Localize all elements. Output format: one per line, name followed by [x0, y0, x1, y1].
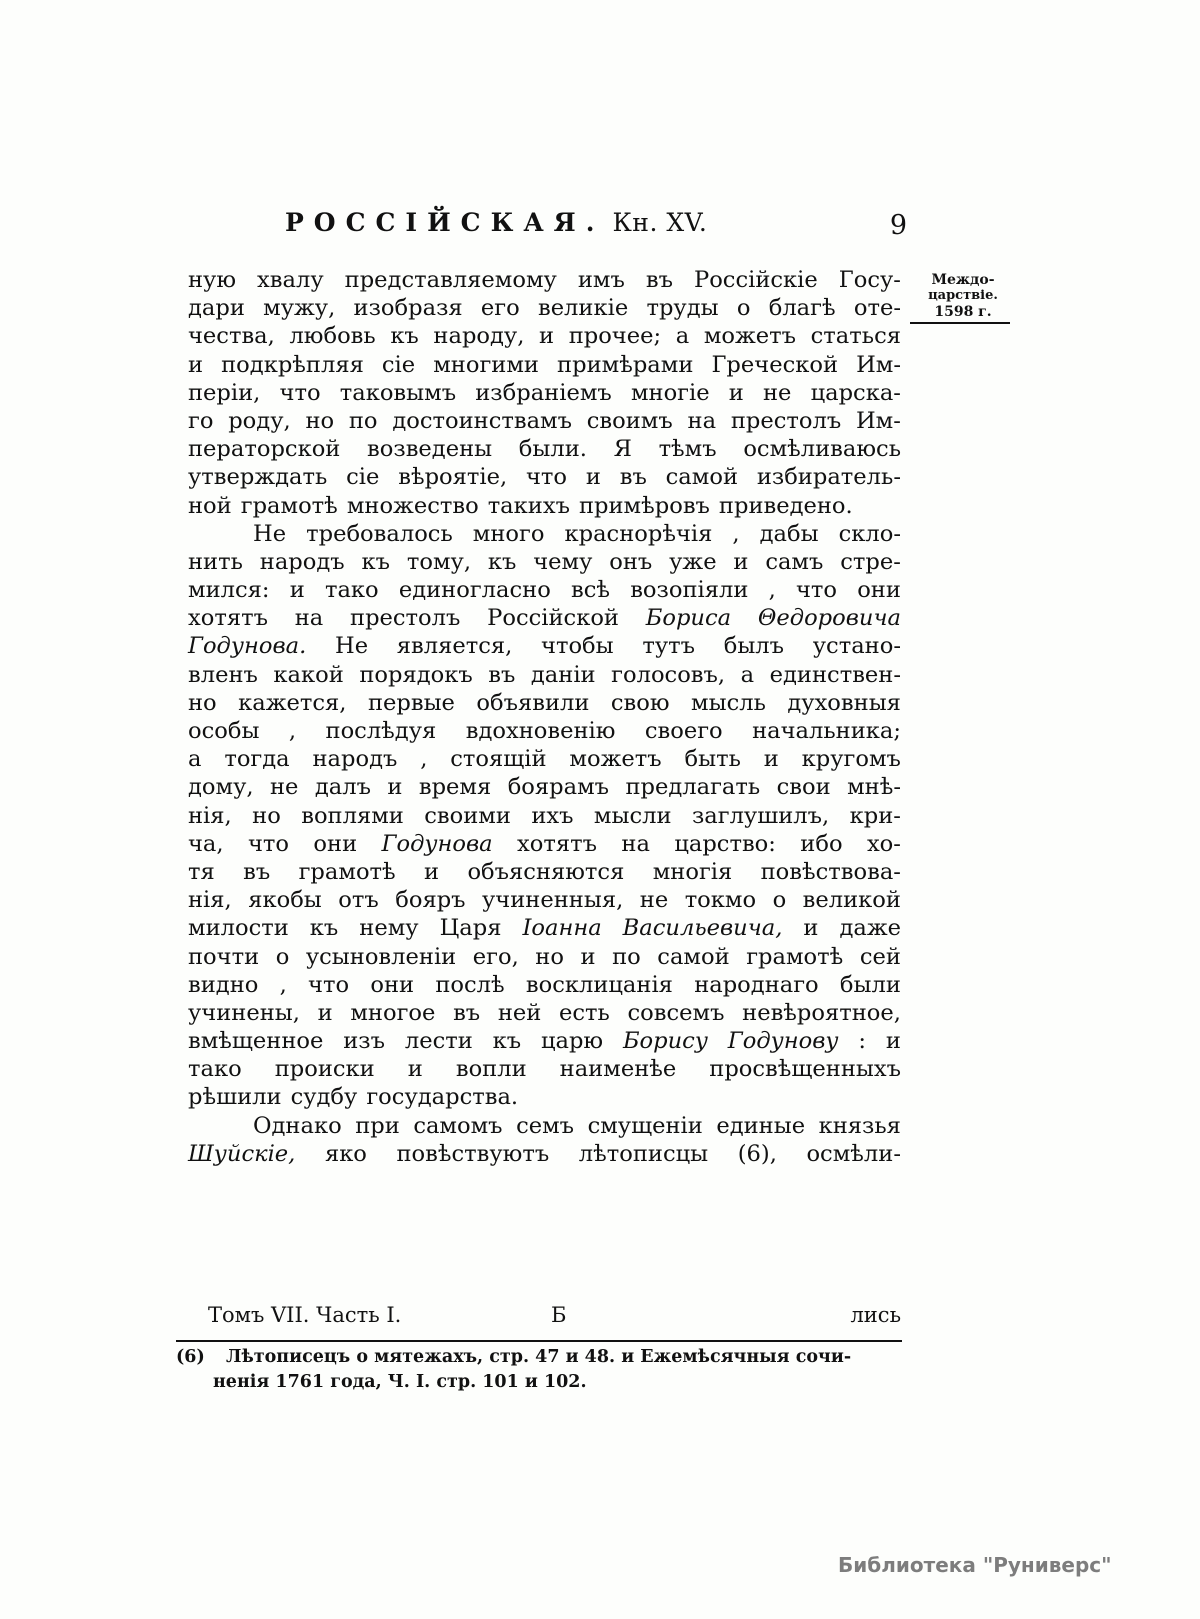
word: Θедоровича — [758, 604, 901, 632]
word: но — [535, 943, 564, 971]
word: и — [733, 548, 748, 576]
word: является, — [397, 632, 513, 660]
word: утверждать — [188, 463, 327, 491]
word: мысль — [691, 689, 766, 717]
word: единствен- — [770, 661, 901, 689]
word: и — [886, 1027, 901, 1055]
word: происки — [275, 1055, 375, 1083]
word: избраніемъ — [475, 379, 612, 407]
word: , — [289, 717, 296, 745]
word: грамотѣ — [241, 492, 338, 520]
word: періи, — [188, 379, 260, 407]
word: благѣ — [769, 294, 836, 322]
word: достоинствамъ — [392, 407, 572, 435]
word: яко — [325, 1140, 367, 1168]
text-line: иподкрѣпляясіемногимипримѣрамиГреческойИ… — [188, 351, 901, 379]
word: стре- — [840, 548, 901, 576]
word: Россійской — [487, 604, 619, 632]
word: Іоанна — [522, 914, 601, 942]
word: какой — [273, 661, 343, 689]
text-line: тявъграмотѣиобъясняютсямногіяповѣствова- — [188, 858, 901, 886]
word: въ — [243, 858, 270, 886]
word: Борису — [623, 1027, 708, 1055]
word: кажется, — [238, 689, 346, 717]
word: можетъ — [569, 745, 661, 773]
word: просвѣщенныхъ — [709, 1055, 901, 1083]
word: даже — [839, 914, 901, 942]
word: ибо — [800, 830, 842, 858]
text-line: вленъкакойпорядокъвъданіиголосовъ,аединс… — [188, 661, 901, 689]
word: народъ — [313, 745, 398, 773]
word: вдохновенію — [466, 717, 616, 745]
text-line: Нетребовалосьмногокраснорѣчія,дабыскло- — [188, 520, 901, 548]
word: усыновленіи — [306, 943, 456, 971]
word: смущеніи — [588, 1112, 703, 1140]
word: многіе — [631, 379, 710, 407]
word: особы — [188, 717, 259, 745]
word: но — [252, 802, 281, 830]
word: что — [248, 830, 289, 858]
library-watermark: Библиотека "Руниверс" — [838, 1553, 1112, 1577]
word: и — [803, 914, 818, 942]
word: послѣдуя — [326, 717, 437, 745]
word: вленъ — [188, 661, 258, 689]
word: нить — [188, 548, 243, 576]
word: царство: — [674, 830, 776, 858]
word: го — [188, 407, 213, 435]
word: скло- — [839, 520, 901, 548]
word: что — [796, 576, 837, 604]
word: возопіяли — [630, 576, 748, 604]
word: и — [586, 463, 601, 491]
word: лести — [405, 1027, 473, 1055]
word: , — [769, 576, 776, 604]
word: представляемому — [345, 266, 557, 294]
word: примѣровъ — [579, 492, 710, 520]
word: въ — [646, 266, 673, 294]
text-line: вмѣщенноеизълестикъцарюБорисуГодунову:и — [188, 1027, 901, 1055]
book-page: РОССІЙСКАЯ.Кн. XV. 9 Междо- царствіе. 15… — [0, 0, 1200, 1619]
word: но — [188, 689, 217, 717]
word: тогда — [224, 745, 289, 773]
text-line: Однакоприсамомъсемъсмущеніиединыекнязья — [188, 1112, 901, 1140]
book-number: Кн. XV. — [612, 208, 707, 237]
word: сіе — [382, 351, 415, 379]
word: ной — [188, 492, 232, 520]
word: на — [295, 604, 324, 632]
footnote: (6)Лѣтописецъ о мятежахъ, стр. 47 и 48. … — [176, 1345, 902, 1395]
text-line: утверждатьсіевѣроятіе,чтоивъсамойизбират… — [188, 463, 901, 491]
word: , — [732, 520, 739, 548]
word: , — [280, 971, 287, 999]
word: кри- — [850, 802, 901, 830]
margin-note-line: царствіе. — [908, 288, 1018, 304]
word: и — [318, 999, 333, 1027]
word: царска- — [811, 379, 901, 407]
word: есть — [559, 999, 610, 1027]
word: своими — [424, 802, 511, 830]
word: Годунова. — [188, 632, 306, 660]
word: совсемъ — [628, 999, 725, 1027]
word: самомъ — [413, 1112, 502, 1140]
word: судбу — [291, 1083, 358, 1111]
word: и — [424, 858, 439, 886]
word: наименѣе — [560, 1055, 677, 1083]
word: по — [349, 407, 378, 435]
word: Бориса — [646, 604, 731, 632]
word: тому, — [407, 548, 471, 576]
word: своего — [645, 717, 723, 745]
margin-note-rule — [910, 322, 1010, 324]
word: о — [737, 294, 751, 322]
word: самъ — [765, 548, 823, 576]
running-title: РОССІЙСКАЯ. — [285, 208, 604, 237]
word: порядокъ — [359, 661, 472, 689]
word: прочее; — [569, 322, 661, 350]
word: о — [773, 886, 787, 914]
word: дабы — [760, 520, 819, 548]
word: тако — [325, 576, 379, 604]
word: по — [612, 943, 641, 971]
word: Госу- — [839, 266, 901, 294]
word: даніи — [531, 661, 596, 689]
word: къ — [390, 322, 419, 350]
text-line: нойграмотѣмножествотакихъпримѣровъпривед… — [188, 492, 901, 520]
word: вмѣщенное — [188, 1027, 323, 1055]
text-line: Годунова.Неявляется,чтобытутъбылъустано- — [188, 632, 901, 660]
word: Однако — [253, 1112, 342, 1140]
word: всѣ — [571, 576, 610, 604]
word: а — [741, 661, 754, 689]
word: послѣ — [435, 971, 504, 999]
word: его, — [473, 943, 519, 971]
footnote-number: (6) — [176, 1345, 226, 1370]
word: Не — [253, 520, 286, 548]
catchline: Томъ VII. Часть I. Б лись — [208, 1303, 901, 1333]
word: Им- — [856, 407, 901, 435]
word: стоящій — [450, 745, 546, 773]
text-line: такопроискиивоплинаименѣепросвѣщенныхъ — [188, 1055, 901, 1083]
word: вѣроятіе, — [398, 463, 507, 491]
word: Васильевича, — [623, 914, 783, 942]
word: единогласно — [399, 576, 551, 604]
text-line: особы,послѣдуявдохновеніюсвоегоначальник… — [188, 717, 901, 745]
word: но — [305, 407, 334, 435]
running-head: РОССІЙСКАЯ.Кн. XV. 9 — [285, 208, 925, 248]
word: самой — [657, 943, 729, 971]
word: великой — [803, 886, 901, 914]
margin-note-year: 1598 г. — [908, 304, 1018, 320]
word: возведены — [367, 435, 492, 463]
text-line: рѣшилисудбугосударства. — [188, 1083, 901, 1111]
word: повѣствова- — [761, 858, 901, 886]
word: статься — [811, 322, 901, 350]
word: и — [764, 745, 779, 773]
word: рѣшили — [188, 1083, 282, 1111]
gathering-signature: Б — [551, 1303, 566, 1327]
word: въ — [620, 463, 647, 491]
word: воплями — [301, 802, 404, 830]
word: изобразя — [354, 294, 463, 322]
word: Я — [614, 435, 632, 463]
word: якобы — [248, 886, 322, 914]
word: требовалось — [306, 520, 453, 548]
word: повѣствуютъ — [396, 1140, 549, 1168]
word: престолъ — [350, 604, 460, 632]
word: устано- — [813, 632, 901, 660]
word: въ — [453, 999, 480, 1027]
word: а — [188, 745, 201, 773]
word: на — [621, 830, 650, 858]
word: великіе — [538, 294, 628, 322]
word: многія — [653, 858, 733, 886]
word: восклицанія — [526, 971, 673, 999]
word: и — [729, 379, 744, 407]
word: почти — [188, 943, 259, 971]
word: къ — [310, 914, 339, 942]
word: грамотѣ — [746, 943, 843, 971]
word: были — [840, 971, 901, 999]
word: ператорской — [188, 435, 340, 463]
word: тѣмъ — [659, 435, 717, 463]
word: грамотѣ — [299, 858, 396, 886]
word: бояръ — [395, 886, 465, 914]
word: начальника; — [752, 717, 901, 745]
word: хо- — [867, 830, 901, 858]
word: быть — [684, 745, 740, 773]
page-number: 9 — [890, 210, 907, 241]
word: голосовъ, — [611, 661, 725, 689]
word: ную — [188, 266, 236, 294]
word: избиратель- — [757, 463, 901, 491]
word: были. — [519, 435, 587, 463]
text-line: дому,недалъивремябоярамъпредлагатьсвоимн… — [188, 773, 901, 801]
text-line: атогданародъ,стоящійможетъбытьикругомъ — [188, 745, 901, 773]
word: осмѣливаюсь — [743, 435, 901, 463]
word: предлагать — [625, 773, 760, 801]
footnote-divider — [176, 1340, 902, 1342]
word: онъ — [609, 548, 652, 576]
word: мнѣ- — [847, 773, 901, 801]
footnote-text: ненія 1761 года, Ч. I. стр. 101 и 102. — [176, 1370, 902, 1395]
catchword: лись — [850, 1303, 901, 1327]
word: не — [763, 379, 791, 407]
word: , — [420, 745, 427, 773]
word: не — [270, 773, 298, 801]
word: самой — [666, 463, 738, 491]
word: и — [408, 1055, 423, 1083]
word: и — [188, 351, 203, 379]
word: невѣроятное, — [742, 999, 901, 1027]
word: Россійскіе — [694, 266, 818, 294]
word: князья — [819, 1112, 901, 1140]
word: и — [387, 773, 402, 801]
word: дари — [188, 294, 245, 322]
word: такихъ — [488, 492, 570, 520]
text-line: чества,любовькънароду,ипрочее;аможетъста… — [188, 322, 901, 350]
word: дому, — [188, 773, 254, 801]
word: подкрѣпляя — [221, 351, 364, 379]
word: они — [857, 576, 901, 604]
word: свои — [777, 773, 831, 801]
word: имъ — [578, 266, 625, 294]
word: и — [290, 576, 305, 604]
word: они — [370, 971, 414, 999]
word: изъ — [343, 1027, 385, 1055]
word: заглушилъ, — [692, 802, 829, 830]
text-line: милостикънемуЦаряІоаннаВасильевича,идаже — [188, 914, 901, 942]
text-line: ператорскойвозведеныбыли.Ятѣмъосмѣливаюс… — [188, 435, 901, 463]
word: многими — [433, 351, 539, 379]
word: множество — [347, 492, 479, 520]
volume-signature: Томъ VII. Часть I. — [208, 1303, 401, 1327]
word: вопли — [456, 1055, 527, 1083]
word: царю — [541, 1027, 603, 1055]
word: Шуйскіе, — [188, 1140, 295, 1168]
word: (6), — [738, 1140, 777, 1168]
text-line: нуюхвалупредставляемомуимъвъРоссійскіеГо… — [188, 266, 901, 294]
margin-note-line: Междо- — [908, 272, 1018, 288]
word: что — [526, 463, 567, 491]
word: что — [280, 379, 321, 407]
word: чему — [533, 548, 592, 576]
word: хвалу — [257, 266, 324, 294]
word: краснорѣчія — [565, 520, 713, 548]
text-line: нія,новоплямисвоимиихъмыслизаглушилъ,кри… — [188, 802, 901, 830]
word: ней — [498, 999, 542, 1027]
word: роду, — [228, 407, 290, 435]
word: мужу, — [263, 294, 335, 322]
word: ча, — [188, 830, 224, 858]
word: и — [539, 322, 554, 350]
word: Царя — [440, 914, 502, 942]
word: далъ — [315, 773, 371, 801]
word: Годунову — [728, 1027, 839, 1055]
text-line: учинены,имногоевънейестьсовсемъневѣроятн… — [188, 999, 901, 1027]
word: народъ — [260, 548, 345, 576]
word: учинены, — [188, 999, 300, 1027]
word: при — [355, 1112, 400, 1140]
word: хотятъ — [188, 604, 268, 632]
word: свою — [611, 689, 670, 717]
word: семъ — [516, 1112, 574, 1140]
word: многое — [350, 999, 435, 1027]
text-line: періи,чтотаковымъизбраніемъмногіеинецарс… — [188, 379, 901, 407]
word: тя — [188, 858, 215, 886]
word: его — [481, 294, 520, 322]
word: о — [276, 943, 290, 971]
word: государства. — [366, 1083, 518, 1111]
word: они — [313, 830, 357, 858]
word: хотятъ — [517, 830, 597, 858]
margin-note: Междо- царствіе. 1598 г. — [908, 272, 1018, 324]
text-line: хотятънапрестолъРоссійскойБорисаΘедорови… — [188, 604, 901, 632]
word: народу, — [433, 322, 524, 350]
word: своимъ — [587, 407, 673, 435]
word: токмо — [685, 886, 756, 914]
word: нему — [359, 914, 418, 942]
text-line: видно,чтоонипослѣвосклицаніянароднагобыл… — [188, 971, 901, 999]
text-line: даримужу,изобразяеговеликіетрудыоблагѣот… — [188, 294, 901, 322]
word: тутъ — [642, 632, 695, 660]
word: къ — [362, 548, 391, 576]
word: сей — [860, 943, 901, 971]
word: объявили — [476, 689, 589, 717]
word: можетъ — [704, 322, 796, 350]
word: былъ — [724, 632, 784, 660]
word: кругомъ — [802, 745, 901, 773]
word: въ — [488, 661, 515, 689]
word: духовныя — [787, 689, 901, 717]
word: видно — [188, 971, 258, 999]
word: нія, — [188, 886, 232, 914]
word: сіе — [346, 463, 379, 491]
word: осмѣли- — [806, 1140, 901, 1168]
text-line: городу,ноподостоинствамъсвоимънапрестолъ… — [188, 407, 901, 435]
word: мился: — [188, 576, 270, 604]
word: Им- — [856, 351, 901, 379]
word: любовь — [289, 322, 375, 350]
word: первые — [368, 689, 455, 717]
word: на — [688, 407, 717, 435]
word: : — [858, 1027, 866, 1055]
word: престолъ — [731, 407, 841, 435]
word: учиненныя, — [482, 886, 623, 914]
text-line: нокажется,первыеобъявилисвоюмысльдуховны… — [188, 689, 901, 717]
word: чества, — [188, 322, 275, 350]
text-line: нитьнародъкътому,къчемуонъужеисамъстре- — [188, 548, 901, 576]
text-line: мился:итакоединогласновсѣвозопіяли,чтоон… — [188, 576, 901, 604]
word: отъ — [338, 886, 378, 914]
word: къ — [488, 548, 517, 576]
text-line: ча,чтоониГодуновахотятънацарство:ибохо- — [188, 830, 901, 858]
text-line: нія,якобыотъбояръучиненныя,нетокмоовелик… — [188, 886, 901, 914]
word: таковымъ — [340, 379, 456, 407]
word: а — [676, 322, 689, 350]
word: и — [581, 943, 596, 971]
word: народнаго — [694, 971, 818, 999]
word: Не — [335, 632, 368, 660]
word: тако — [188, 1055, 242, 1083]
word: уже — [669, 548, 716, 576]
body-text: нуюхвалупредставляемомуимъвъРоссійскіеГо… — [188, 266, 901, 1168]
word: мысли — [594, 802, 672, 830]
word: боярамъ — [508, 773, 609, 801]
word: не — [640, 886, 668, 914]
word: къ — [493, 1027, 522, 1055]
word: нія, — [188, 802, 232, 830]
word: время — [419, 773, 491, 801]
word: объясняются — [467, 858, 624, 886]
word: Годунова — [382, 830, 493, 858]
word: чтобы — [541, 632, 614, 660]
word: примѣрами — [557, 351, 693, 379]
word: ихъ — [531, 802, 573, 830]
text-line: Шуйскіе,якоповѣствуютълѣтописцы(6),осмѣл… — [188, 1140, 901, 1168]
footnote-text: Лѣтописецъ о мятежахъ, стр. 47 и 48. и Е… — [226, 1347, 851, 1367]
word: оте- — [854, 294, 901, 322]
word: Греческой — [711, 351, 838, 379]
word: приведено. — [719, 492, 853, 520]
word: много — [473, 520, 545, 548]
word: труды — [646, 294, 718, 322]
word: единые — [716, 1112, 805, 1140]
word: милости — [188, 914, 289, 942]
word: что — [308, 971, 349, 999]
text-line: почтиоусыновленіиего,ноипосамойграмотѣсе… — [188, 943, 901, 971]
word: лѣтописцы — [579, 1140, 708, 1168]
